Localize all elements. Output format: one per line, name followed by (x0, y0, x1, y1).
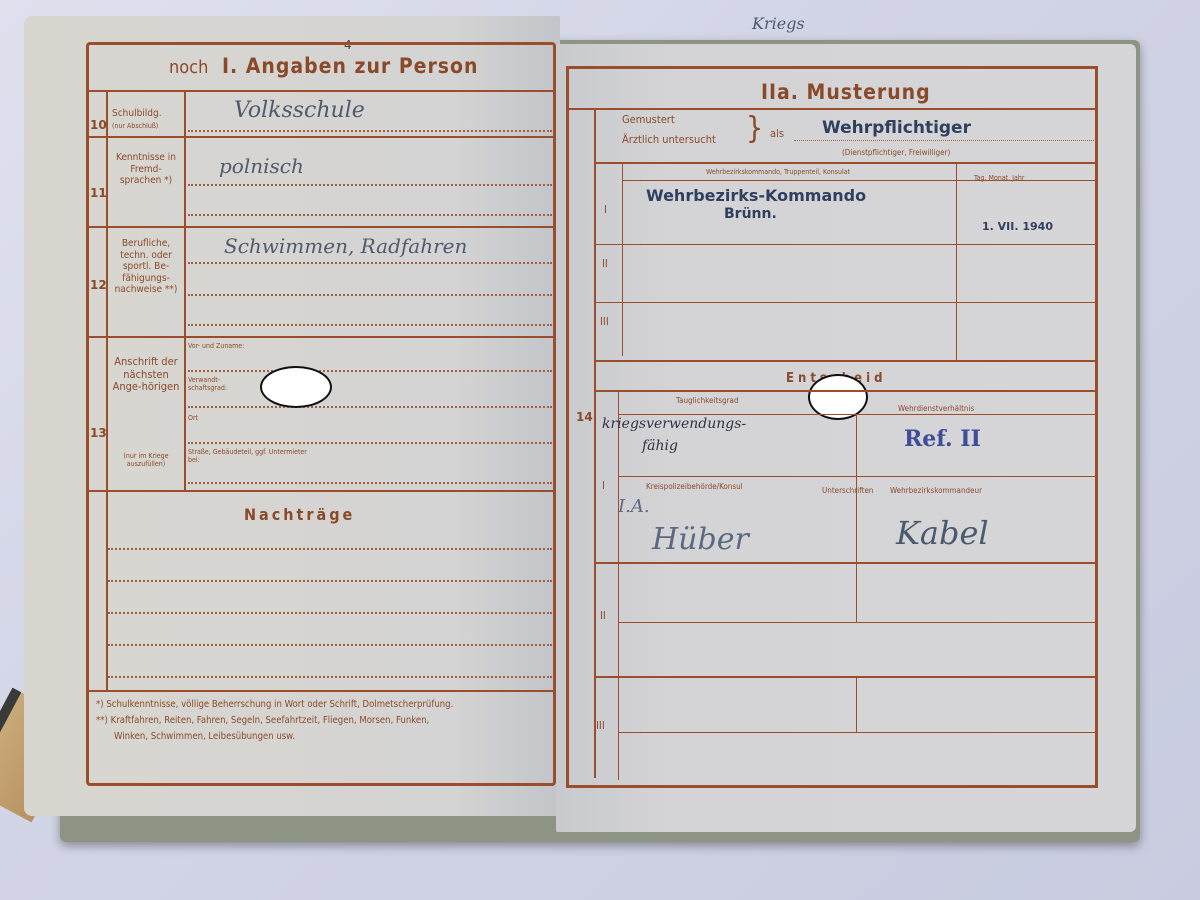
footnote-1: *) Schulkenntnisse, völlige Beherrschung… (96, 700, 453, 711)
authority-value-line2: Brünn. (724, 206, 777, 222)
police-signature: Hüber (652, 522, 749, 557)
col-service: Wehrdienstverhältnis (898, 404, 974, 413)
top-signature: Kriegs (752, 14, 805, 33)
service-value: Ref. II (904, 426, 981, 452)
date-value: 1. VII. 1940 (982, 220, 1053, 233)
entry-qualifications: Schwimmen, Radfahren (224, 234, 467, 258)
as-label: als (770, 128, 784, 141)
label-schooling: Schulbildg. (112, 108, 162, 120)
label-qualifications: Berufliche, techn. oder sportl. Be-fähig… (110, 238, 182, 296)
row-number-12: 12 (90, 278, 107, 292)
row-roman-iii: III (600, 316, 609, 329)
decision-number: 14 (576, 410, 593, 424)
as-options: (Dienstpflichtiger, Freiwilliger) (842, 148, 950, 157)
right-page: Kriegs IIa. Musterung Gemustert Ärztlich… (556, 44, 1136, 832)
commander-signature: Kabel (896, 514, 989, 552)
fitness-value-line1: kriegsverwendungs- (602, 416, 746, 432)
entry-schooling: Volksschule (234, 98, 365, 123)
col-police: Kreispolizeibehörde/Konsul (646, 482, 743, 491)
authority-value-line1: Wehrbezirks-Kommando (646, 186, 866, 205)
signatures-label: Unterschriften (822, 486, 873, 495)
col-commander: Wehrbezirkskommandeur (890, 486, 982, 495)
fitness-value-line2: fähig (642, 438, 678, 454)
field-name-label: Vor- und Zuname: (188, 342, 248, 350)
row-number-13: 13 (90, 426, 107, 440)
label-schooling-note: (nur Abschluß) (112, 122, 158, 130)
row-roman-i: I (604, 204, 607, 217)
as-value: Wehrpflichtiger (822, 118, 971, 138)
left-page: 4 noch I. Angaben zur Person 10 Schulbil… (24, 16, 560, 816)
medically-examined-label: Ärztlich untersucht (622, 134, 716, 147)
footnote-2: **) Kraftfahren, Reiten, Fahren, Segeln,… (96, 716, 429, 727)
footnote-3: Winken, Schwimmen, Leibesübungen usw. (114, 732, 295, 743)
examined-label: Gemustert (622, 114, 675, 127)
label-languages: Kenntnisse in Fremd-sprachen *) (110, 152, 182, 187)
label-next-of-kin: Anschrift der nächsten Ange-hörigen (110, 356, 182, 394)
left-page-title: I. Angaben zur Person (222, 54, 479, 78)
brace-icon: } (746, 112, 763, 147)
col-fitness: Tauglichkeitsgrad (676, 396, 739, 405)
police-signature-prefix: I.A. (618, 496, 650, 517)
row-roman-ii: II (602, 258, 608, 271)
label-next-of-kin-note: (nur im Kriege auszufüllen) (110, 452, 182, 468)
row-number-11: 11 (90, 186, 107, 200)
redaction-mark (260, 366, 332, 408)
right-page-title: IIa. Musterung (761, 80, 931, 104)
decision-row-i: I (602, 480, 605, 493)
supplements-title: Nachträge (244, 506, 355, 524)
decision-row-iii: III (596, 720, 605, 733)
col-authority: Wehrbezirkskommando, Truppenteil, Konsul… (706, 168, 850, 176)
row-number-10: 10 (90, 118, 107, 132)
title-prefix: noch (169, 58, 208, 79)
entry-languages: polnisch (219, 154, 304, 178)
decision-row-ii: II (600, 610, 606, 623)
field-relation-label: Verwandt-schaftsgrad: (188, 376, 248, 392)
field-place-label: Ort (188, 414, 198, 422)
field-street-label: Straße, Gebäudeteil, ggf. Untermieter be… (188, 448, 308, 464)
